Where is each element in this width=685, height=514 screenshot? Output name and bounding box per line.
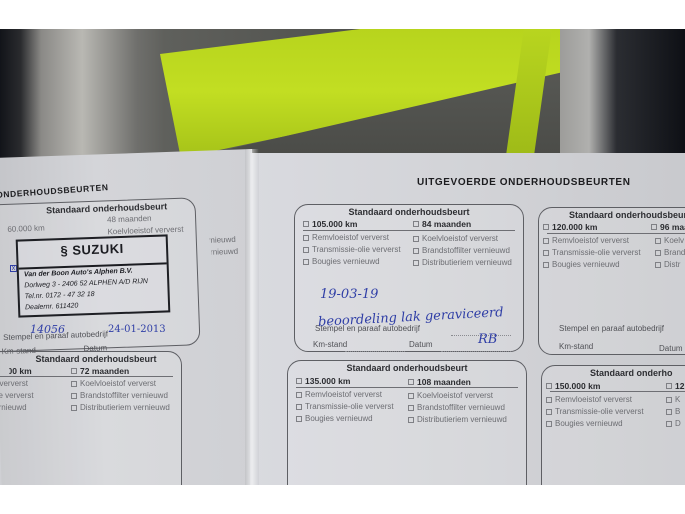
card-title: Standaard onderhoudsbeurt xyxy=(288,363,526,373)
card-rule xyxy=(0,376,173,377)
check-row: Remvloeistof ververst xyxy=(296,390,382,399)
item-label: Koelvloeistof ververst xyxy=(422,234,498,243)
check-row: Brandstoffilter vernieuwd xyxy=(408,403,505,412)
item-label: Bougies vernieuwd xyxy=(0,403,27,412)
checkbox[interactable] xyxy=(71,393,77,399)
service-card-135000: Standaard onderhoudsbeurt 135.000 km 108… xyxy=(287,360,527,485)
item-label: Brandstoffilter vernieuwd xyxy=(80,391,168,400)
months-row: 12 xyxy=(666,381,684,391)
item-label: Remvloeistof ververst xyxy=(0,379,28,388)
check-row: Koelvloeistof ververst xyxy=(71,379,156,388)
checkbox[interactable] xyxy=(296,416,302,422)
km-stand-label: Km-stand xyxy=(313,340,347,349)
card-rule xyxy=(547,233,685,234)
suzuki-s-icon: § xyxy=(60,243,72,258)
suzuki-logo: § SUZUKI xyxy=(18,239,166,259)
checkbox[interactable] xyxy=(546,383,552,389)
months-row: 48 maanden xyxy=(107,214,152,225)
item-label: Koelvloeistof ververst xyxy=(80,379,156,388)
check-row: Bougies vernieuwd xyxy=(543,260,620,269)
card-title: Standaard onderhoudsbeurt xyxy=(11,354,181,364)
km-row: 90.000 km xyxy=(0,366,32,376)
check-row: Koelvloeistof ververst xyxy=(408,391,493,400)
km-label: 135.000 km xyxy=(305,376,350,386)
check-row: Koelv xyxy=(655,236,684,245)
checkbox[interactable] xyxy=(71,381,77,387)
months-row: 108 maanden xyxy=(408,377,471,387)
card-title: Standaard onderhoudsbeurt xyxy=(19,200,195,216)
handwritten-date: 24-01-2013 xyxy=(108,324,166,335)
handwritten-km: 14056 xyxy=(30,323,65,336)
checkbox[interactable] xyxy=(408,393,414,399)
check-row: Transmissie-olie ververst xyxy=(543,248,641,257)
check-row: B xyxy=(666,407,680,416)
stamp-dealer: Van der Boon Auto's Alphen B.V. xyxy=(24,268,133,279)
checkbox[interactable] xyxy=(546,421,552,427)
checkbox[interactable] xyxy=(666,421,672,427)
handwritten-initials: RB xyxy=(478,332,497,347)
check-row: Koelvloeistof ververst xyxy=(413,234,498,243)
date-label: Datum xyxy=(409,340,433,349)
check-row: Transmissie-olie ververst xyxy=(546,407,644,416)
km-label: 105.000 km xyxy=(312,219,357,229)
km-label: 90.000 km xyxy=(0,366,32,376)
stamp-dealer-number: Dealernr. 611420 xyxy=(25,303,79,312)
km-label: 150.000 km xyxy=(555,381,600,391)
service-card-150000: Standaard onderho 150.000 km 12 Remvloei… xyxy=(541,365,685,485)
check-row: Distributieriem vernieuwd xyxy=(71,403,170,412)
date-label: Datum xyxy=(659,344,683,353)
item-label: Remvloeistof ververst xyxy=(312,233,389,242)
km-line xyxy=(345,351,405,352)
dealer-stamp: § SUZUKI Van der Boon Auto's Alphen B.V.… xyxy=(16,234,171,317)
date-line xyxy=(441,351,511,352)
check-row: D xyxy=(666,419,681,428)
checkbox[interactable] xyxy=(666,397,672,403)
card-rule xyxy=(296,387,518,388)
check-row: Brand xyxy=(655,248,685,257)
checkbox[interactable] xyxy=(543,224,549,230)
item-label: K xyxy=(675,395,680,404)
checkbox[interactable] xyxy=(543,238,549,244)
checkbox[interactable] xyxy=(296,404,302,410)
check-row: Brandstoffilter vernieuwd xyxy=(413,246,510,255)
checkbox[interactable] xyxy=(408,379,414,385)
checkbox[interactable] xyxy=(71,368,77,374)
km-row: 105.000 km xyxy=(303,219,357,229)
image-canvas: ONDERHOUDSBEURTEN Standaard onderhoudsbe… xyxy=(0,0,685,514)
checkbox[interactable] xyxy=(666,409,672,415)
months-label: 96 maanden xyxy=(660,222,685,232)
item-label: Brand xyxy=(664,248,685,257)
checkbox[interactable] xyxy=(413,236,419,242)
km-row: 150.000 km xyxy=(546,381,600,391)
check-row: K xyxy=(666,395,680,404)
item-label: Distributieriem vernieuwd xyxy=(80,403,170,412)
check-row: Transmissie-olie ververst xyxy=(303,245,401,254)
months-label: 12 xyxy=(675,381,684,391)
stamp-brand: SUZUKI xyxy=(72,241,124,258)
checkbox[interactable] xyxy=(296,378,302,384)
item-label: B xyxy=(675,407,680,416)
item-label: Transmissie-olie ververst xyxy=(0,391,34,400)
card-title: Standaard onderhoudsbeurt xyxy=(295,207,523,217)
months-row: 72 maanden xyxy=(71,366,129,376)
checkbox[interactable] xyxy=(71,405,77,411)
months-row: 84 maanden xyxy=(413,219,471,229)
card-title: Standaard onderho xyxy=(590,368,685,378)
checkbox[interactable] xyxy=(296,392,302,398)
booklet-spine xyxy=(245,149,259,485)
item-label: Transmissie-olie ververst xyxy=(305,402,394,411)
checkbox[interactable] xyxy=(413,260,419,266)
check-row: Distributieriem vernieuwd xyxy=(408,415,507,424)
item-label: Koelv xyxy=(664,236,684,245)
item-label: Distr xyxy=(664,260,680,269)
check-row: Bougies vernieuwd xyxy=(546,419,623,428)
km-row: 60.000 km xyxy=(7,224,45,234)
item-label: Koelvloeistof ververst xyxy=(417,391,493,400)
right-page-heading: UITGEVOERDE ONDERHOUDSBEURTEN xyxy=(417,177,631,188)
check-row: Transmissie-olie ververst xyxy=(0,391,34,400)
checkbox[interactable] xyxy=(651,224,657,230)
checkbox[interactable] xyxy=(303,221,309,227)
months-label: 72 maanden xyxy=(80,366,129,376)
check-row: Bougies vernieuwd xyxy=(303,257,380,266)
km-row: 120.000 km xyxy=(543,222,597,232)
checkbox[interactable] xyxy=(655,250,661,256)
item-label: Brandstoffilter vernieuwd xyxy=(417,403,505,412)
checkbox[interactable] xyxy=(666,383,672,389)
months-label: 48 maanden xyxy=(107,214,152,225)
months-label: 84 maanden xyxy=(422,219,471,229)
hi-vis-vest xyxy=(160,29,560,154)
check-row: Remvloeistof ververst xyxy=(543,236,629,245)
checkbox[interactable] xyxy=(655,238,661,244)
check-row: Transmissie-olie ververst xyxy=(296,402,394,411)
item-label: Remvloeistof ververst xyxy=(305,390,382,399)
service-card-105000: Standaard onderhoudsbeurt 105.000 km 84 … xyxy=(294,204,524,352)
check-row: Brandstoffilter vernieuwd xyxy=(71,391,168,400)
handwritten-date: 19-03-19 xyxy=(320,287,378,302)
checkbox[interactable] xyxy=(408,417,414,423)
item-label: Remvloeistof ververst xyxy=(552,236,629,245)
item-label: Transmissie-olie ververst xyxy=(312,245,401,254)
item-label: Distributieriem vernieuwd xyxy=(422,258,512,267)
checkbox[interactable] xyxy=(303,235,309,241)
checkbox[interactable] xyxy=(543,262,549,268)
service-card-90000: Standaard onderhoudsbeurt 90.000 km 72 m… xyxy=(0,351,182,485)
checkbox[interactable] xyxy=(408,405,414,411)
check-row: Remvloeistof ververst xyxy=(546,395,632,404)
months-label: 108 maanden xyxy=(417,377,471,387)
checkbox[interactable] xyxy=(546,397,552,403)
checkbox[interactable] xyxy=(413,248,419,254)
checkbox[interactable] xyxy=(413,221,419,227)
check-row: Bougies vernieuwd xyxy=(296,414,373,423)
check-row: Distributieriem vernieuwd xyxy=(413,258,512,267)
item-label: Remvloeistof ververst xyxy=(555,395,632,404)
service-card-120000: Standaard onderhoudsbeurt 120.000 km 96 … xyxy=(538,207,685,355)
checkbox[interactable] xyxy=(655,262,661,268)
checkbox[interactable] xyxy=(546,409,552,415)
checkbox[interactable] xyxy=(543,250,549,256)
item-label: Bougies vernieuwd xyxy=(305,414,373,423)
card-title: Standaard onderhoudsbeurt xyxy=(569,210,685,220)
stamp-phone: Tel.nr. 0172 - 47 32 18 xyxy=(25,291,95,300)
km-label: 120.000 km xyxy=(552,222,597,232)
months-row: 96 maanden xyxy=(651,222,685,232)
item-label: D xyxy=(675,419,681,428)
km-label: 60.000 km xyxy=(7,224,45,234)
card-rule xyxy=(550,391,685,392)
item-label: Bougies vernieuwd xyxy=(312,257,380,266)
item-label: Distributieriem vernieuwd xyxy=(417,415,507,424)
item-label: Transmissie-olie ververst xyxy=(552,248,641,257)
check-row: Remvloeistof ververst xyxy=(0,379,28,388)
check-row: Remvloeistof ververst xyxy=(303,233,389,242)
stamp-address: Dorlweg 3 - 2406 52 ALPHEN A/D RIJN xyxy=(24,278,148,289)
stamp-label: Stempel en paraaf autobedrijf xyxy=(559,324,664,333)
photo: ONDERHOUDSBEURTEN Standaard onderhoudsbe… xyxy=(0,29,685,485)
card-rule xyxy=(303,230,515,231)
km-row: 135.000 km xyxy=(296,376,350,386)
item-label: Brandstoffilter vernieuwd xyxy=(422,246,510,255)
check-row: Bougies vernieuwd xyxy=(0,403,27,412)
item-label: Bougies vernieuwd xyxy=(552,260,620,269)
checkbox[interactable] xyxy=(303,259,309,265)
check-row: Distr xyxy=(655,260,680,269)
item-label: Transmissie-olie ververst xyxy=(555,407,644,416)
km-stand-label: Km-stand xyxy=(559,342,593,351)
item-label: Bougies vernieuwd xyxy=(555,419,623,428)
checkbox[interactable] xyxy=(303,247,309,253)
